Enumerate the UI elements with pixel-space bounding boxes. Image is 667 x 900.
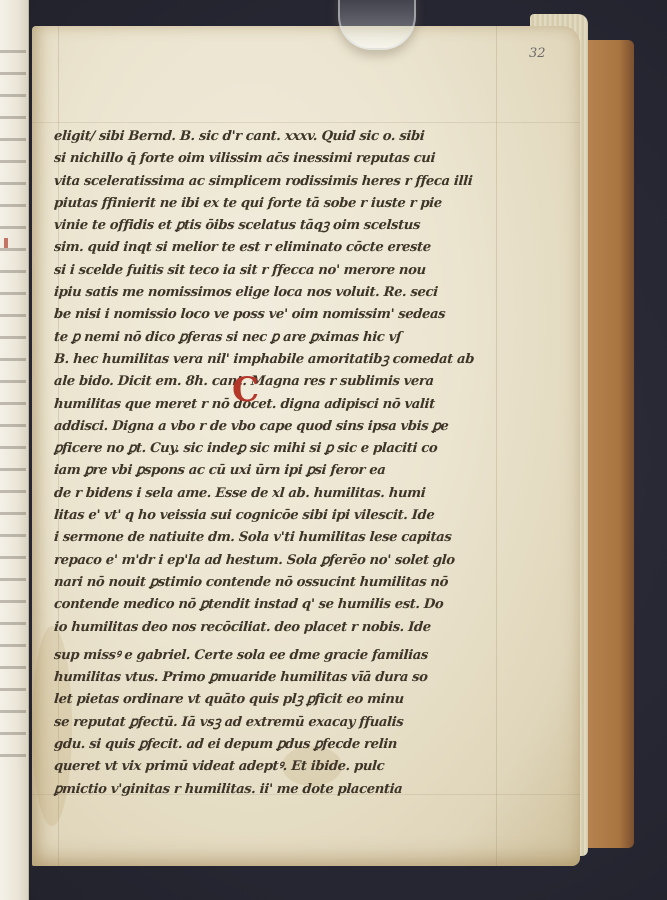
text-line: let pietas ordinare vt quāto quis plꝫ ꝑf… bbox=[53, 689, 507, 711]
text-line: B. hec humilitas vera nil' imphabile amo… bbox=[53, 349, 507, 371]
text-line: contende medico nō ꝑtendit instad q' se … bbox=[53, 594, 507, 616]
text-line: humilitas que meret r nō docet. digna ad… bbox=[53, 394, 507, 416]
text-line: repaco e' m'dr i ep'la ad hestum. Sola ꝑ… bbox=[53, 550, 507, 572]
facing-page-text bbox=[0, 40, 26, 760]
text-line: gdu. si quis ꝑfecit. ad ei depum ꝑdus ꝑf… bbox=[53, 734, 507, 756]
text-line: eligit/ sibi Bernd. B. sic d'r cant. xxx… bbox=[53, 126, 507, 148]
text-line: io humilitas deo nos recōciliat. deo pla… bbox=[53, 617, 507, 639]
text-line: ꝑficere no ꝑt. Cuy. sic indeꝑ sic mihi s… bbox=[53, 438, 507, 460]
text-line: iam ꝑre vbi ꝑspons ac cū uxi ūrn ipi ꝑsi… bbox=[53, 460, 507, 482]
text-line: i sermone de natiuite dm. Sola v'ti humi… bbox=[53, 527, 507, 549]
text-line: addisci. Digna a vbo r de vbo cape quod … bbox=[53, 416, 507, 438]
text-line: ale bido. Dicit em. 8h. cant. Magna res … bbox=[53, 371, 507, 393]
text-line: sim. quid inqt si melior te est r elimin… bbox=[53, 237, 507, 259]
text-line: ꝑmictio v'ginitas r humilitas. ii' me do… bbox=[53, 779, 507, 801]
text-line: be nisi i nomissio loco ve poss ve' oim … bbox=[53, 304, 507, 326]
text-line: piutas ffinierit ne ibi ex te qui forte … bbox=[53, 193, 507, 215]
text-line: te ꝑ nemi nō dico ꝑferas si nec ꝑ are ꝑx… bbox=[53, 327, 507, 349]
text-line: vita sceleratissima ac simplicem rodissi… bbox=[53, 171, 507, 193]
text-line: si nichillo q̄ forte oim vilissim ac̄s i… bbox=[53, 148, 507, 170]
text-line: queret vt vix primū videat adeptꝰ. Et ib… bbox=[53, 756, 507, 778]
ruling-line bbox=[32, 122, 580, 123]
text-line: litas e' vt' q ho veissia sui cognicōe s… bbox=[53, 505, 507, 527]
manuscript-leaf: 32 eligit/ sibi Bernd. B. sic d'r cant. … bbox=[32, 26, 580, 866]
rubricated-initial: C bbox=[232, 370, 259, 410]
folio-number: 32 bbox=[529, 46, 546, 61]
facing-page bbox=[0, 0, 29, 900]
text-line: ipiu satis me nomissimos elige loca nos … bbox=[53, 282, 507, 304]
text-column: eligit/ sibi Bernd. B. sic d'r cant. xxx… bbox=[54, 126, 506, 801]
text-line: si i scelde fuitis sit teco ia sit r ffe… bbox=[53, 260, 507, 282]
facing-page-red-initial bbox=[4, 238, 8, 248]
text-line: sup missꝰ e gabriel. Certe sola ee dme g… bbox=[53, 645, 507, 667]
text-line: de r bidens i sela ame. Esse de xl ab. h… bbox=[53, 483, 507, 505]
text-line: se reputat ꝑfectū. Iā vsꝫ ad extremū exa… bbox=[53, 712, 507, 734]
text-line: nari nō nouit ꝑstimio contende nō ossuci… bbox=[53, 572, 507, 594]
text-line: humilitas vtus. Primo ꝑmuaride humilitas… bbox=[53, 667, 507, 689]
text-line: vinie te offidis et ꝑtis ōibs scelatus t… bbox=[53, 215, 507, 237]
